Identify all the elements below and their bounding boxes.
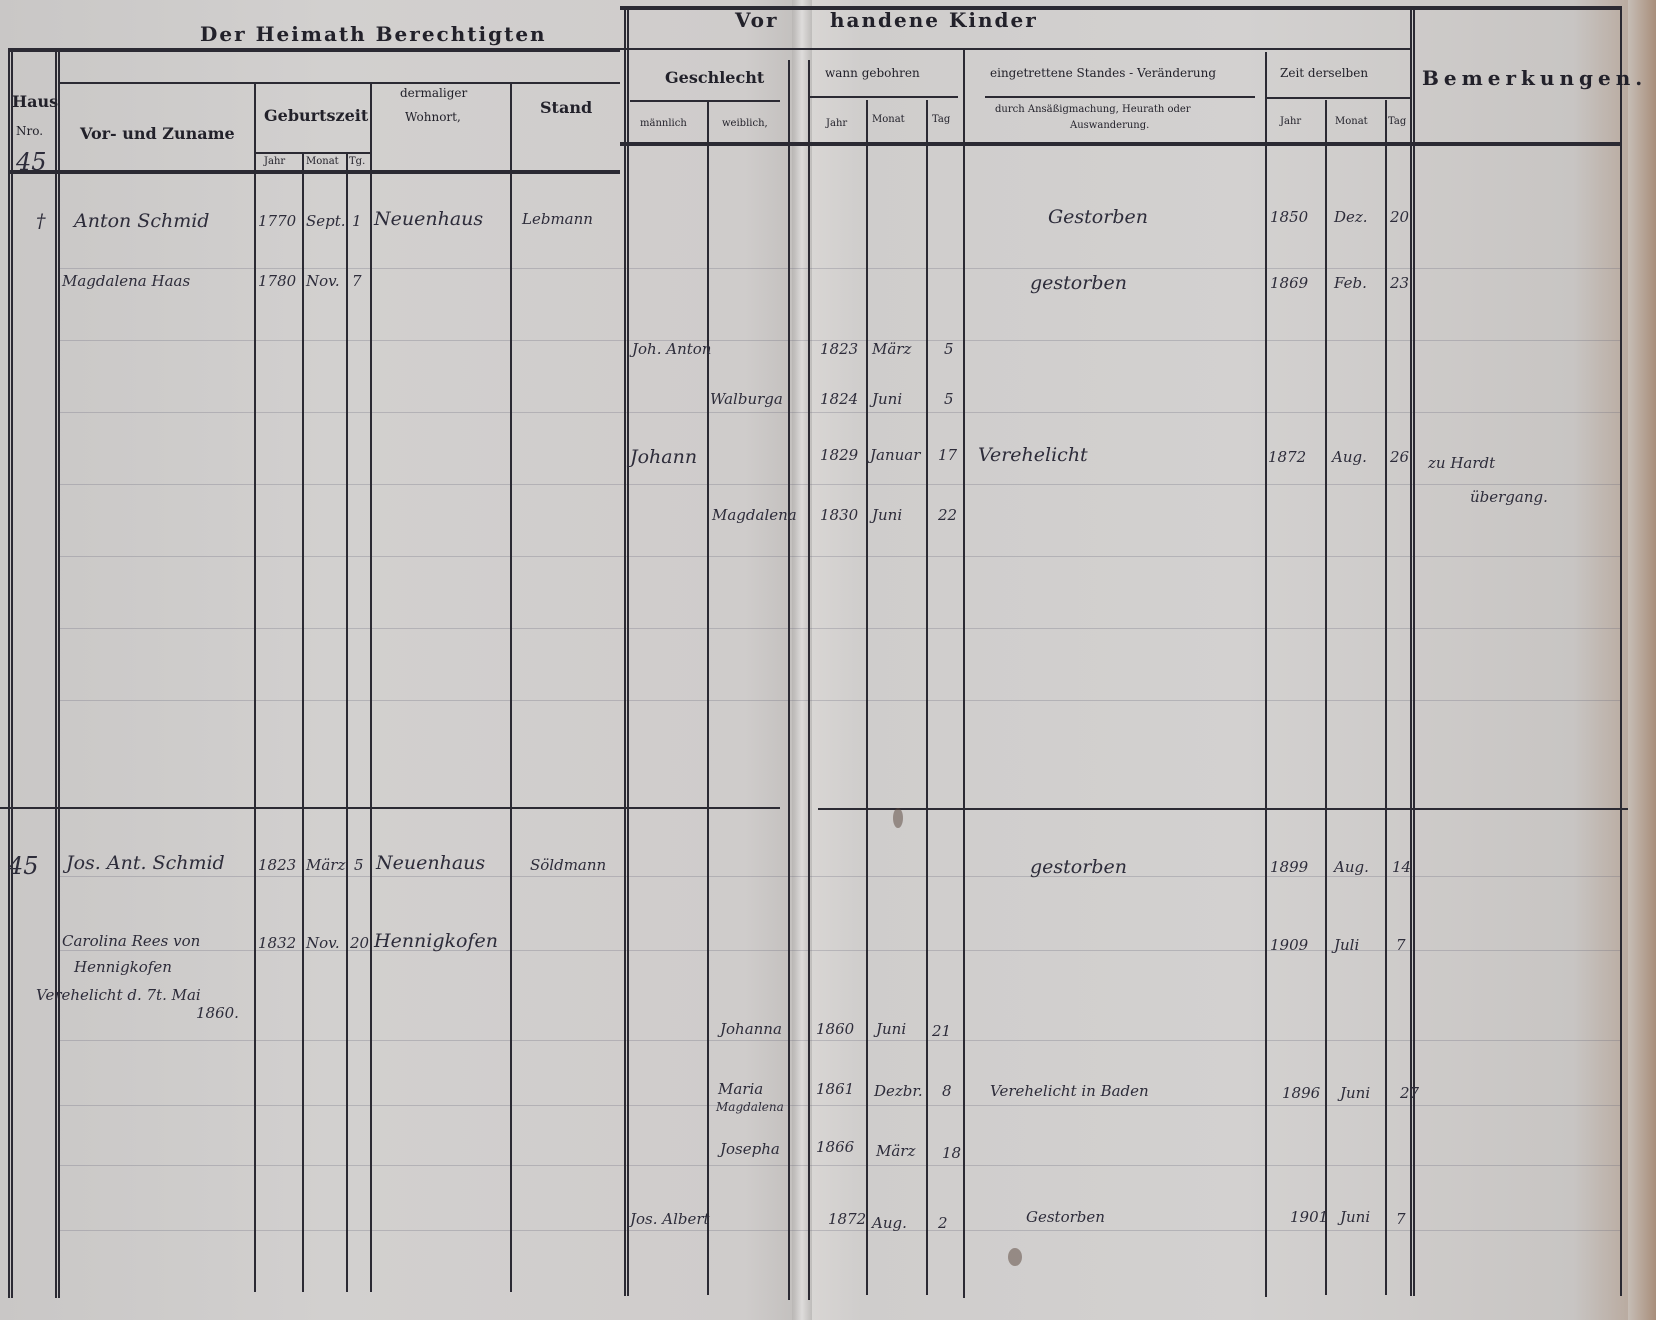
col-standes-sub-2: Auswanderung. (1070, 120, 1149, 131)
entry-change-year: 1850 (1270, 208, 1308, 226)
child-birth-year: 1824 (820, 390, 858, 408)
col-wg-monat: Monat (872, 114, 905, 125)
col-wg-tag: Tag (932, 114, 950, 125)
child-birth-year: 1866 (816, 1138, 854, 1156)
child-change: Gestorben (1026, 1208, 1105, 1226)
child-birth-year: 1823 (820, 340, 858, 358)
child-change-year: 1872 (1268, 448, 1306, 466)
child-change-day: 26 (1390, 448, 1409, 466)
entry-residence: Neuenhaus (376, 852, 485, 874)
entry-birth-day: 5 (354, 856, 364, 874)
entry-change-year: 1899 (1270, 858, 1308, 876)
child-remark-line-1: zu Hardt (1428, 454, 1495, 472)
page-edge (1628, 0, 1656, 1320)
entry-name-line-2: Hennigkofen (74, 958, 172, 976)
child-birth-month: Januar (870, 446, 920, 464)
col-geschlecht: Geschlecht (665, 68, 764, 87)
entry-change-month: Aug. (1334, 858, 1369, 876)
entry-change-year: 1869 (1270, 274, 1308, 292)
child-change-year: 1901 (1290, 1208, 1328, 1226)
entry-residence: Neuenhaus (374, 208, 483, 230)
child-female-name: Maria (718, 1080, 763, 1098)
child-remark-line-2: übergang. (1470, 488, 1548, 506)
nro-label: Nro. (16, 124, 43, 138)
child-change-day: 7 (1396, 1210, 1406, 1228)
entry-residence: Hennigkofen (374, 930, 498, 952)
entry-birth-year: 1780 (258, 272, 296, 290)
entry-birth-month: Nov. (306, 934, 340, 952)
entry-name: Magdalena Haas (62, 272, 190, 290)
child-birth-month: Juni (876, 1020, 906, 1038)
entry-birth-year: 1770 (258, 212, 296, 230)
left-page-title: Der Heimath Berechtigten (200, 22, 547, 46)
register-book-spread: Der Heimath Berechtigten Vor handene Kin… (0, 0, 1656, 1320)
spread-title-left: Vor (735, 8, 779, 32)
child-birth-month: Dezbr. (874, 1082, 923, 1100)
house-number: 45 (8, 852, 39, 880)
child-birth-month: Juni (872, 506, 902, 524)
entry-birth-month: Sept. (306, 212, 346, 230)
entry-change: gestorben (1030, 272, 1127, 294)
col-zd-jahr: Jahr (1280, 116, 1301, 127)
child-birth-year: 1861 (816, 1080, 854, 1098)
col-geb-tag: Tg. (349, 156, 365, 167)
col-zeit-derselben: Zeit derselben (1280, 66, 1368, 80)
entry-change-month: Feb. (1334, 274, 1367, 292)
child-birth-day: 17 (938, 446, 957, 464)
child-birth-day: 21 (932, 1022, 951, 1040)
entry-change-day: 14 (1392, 858, 1411, 876)
col-zd-tag: Tag (1388, 116, 1406, 127)
entry-change: Gestorben (1048, 206, 1148, 228)
entry-name: Anton Schmid (74, 210, 209, 232)
child-birth-month: Aug. (872, 1214, 907, 1232)
col-wann-gebohren: wann gebohren (825, 66, 920, 80)
deceased-marker: † (36, 210, 46, 232)
entry-birth-day: 7 (352, 272, 362, 290)
child-birth-year: 1872 (828, 1210, 866, 1228)
col-zd-monat: Monat (1335, 116, 1368, 127)
entry-note-line-2: 1860. (196, 1004, 239, 1022)
child-change-month: Juni (1340, 1208, 1370, 1226)
child-birth-day: 22 (938, 506, 957, 524)
col-stand: Stand (540, 98, 592, 117)
spread-title-right: handene Kinder (830, 8, 1038, 32)
entry-change-day: 23 (1390, 274, 1409, 292)
child-female-name-line-2: Magdalena (716, 1100, 784, 1114)
col-bemerkungen: Bemerkungen. (1422, 66, 1647, 90)
child-male-name: Johann (630, 446, 697, 468)
child-birth-day: 5 (944, 340, 954, 358)
entry-birth-day: 1 (352, 212, 362, 230)
child-female-name: Walburga (710, 390, 783, 408)
entry-name: Jos. Ant. Schmid (66, 852, 225, 874)
entry-change-year: 1909 (1270, 936, 1308, 954)
child-birth-day: 5 (944, 390, 954, 408)
haus-label: Haus (12, 92, 58, 111)
house-number: 45 (16, 148, 47, 176)
entry-birth-year: 1832 (258, 934, 296, 952)
col-wohnort: Wohnort, (405, 110, 461, 124)
entry-change: gestorben (1030, 856, 1127, 878)
child-birth-month: Juni (872, 390, 902, 408)
col-maennlich: männlich (640, 118, 687, 129)
entry-birth-day: 20 (350, 934, 369, 952)
child-birth-year: 1829 (820, 446, 858, 464)
child-male-name: Joh. Anton (632, 340, 711, 358)
child-birth-month: März (876, 1142, 915, 1160)
child-male-name: Jos. Albert (630, 1210, 710, 1228)
entry-name: Carolina Rees von (62, 932, 200, 950)
child-change-month: Juni (1340, 1084, 1370, 1102)
child-birth-day: 2 (938, 1214, 948, 1232)
child-female-name: Josepha (720, 1140, 780, 1158)
col-standes-sub-1: durch Ansäßigmachung, Heurath oder (995, 104, 1191, 115)
col-weiblich: weiblich, (722, 118, 768, 129)
child-change-year: 1896 (1282, 1084, 1320, 1102)
col-geb-monat: Monat (306, 156, 339, 167)
child-birth-month: März (872, 340, 911, 358)
col-dermaliger: dermaliger (400, 86, 467, 100)
child-change-month: Aug. (1332, 448, 1367, 466)
entry-change-month: Dez. (1334, 208, 1368, 226)
child-female-name: Johanna (720, 1020, 782, 1038)
child-birth-year: 1860 (816, 1020, 854, 1038)
col-geb-jahr: Jahr (264, 156, 285, 167)
col-geburtszeit: Geburtszeit (264, 106, 368, 125)
child-change: Verehelicht in Baden (990, 1082, 1149, 1100)
entry-stand: Lebmann (522, 210, 593, 228)
col-wg-jahr: Jahr (826, 118, 847, 129)
child-birth-day: 8 (942, 1082, 952, 1100)
child-female-name: Magdalena (712, 506, 797, 524)
entry-change-month: Juli (1334, 936, 1359, 954)
entry-change-day: 7 (1396, 936, 1406, 954)
entry-birth-month: März (306, 856, 345, 874)
child-birth-year: 1830 (820, 506, 858, 524)
child-change-day: 27 (1400, 1084, 1419, 1102)
entry-birth-year: 1823 (258, 856, 296, 874)
ink-blot (893, 808, 903, 828)
col-vor-und-zuname: Vor- und Zuname (80, 124, 235, 143)
entry-change-day: 20 (1390, 208, 1409, 226)
entry-note-line-1: Verehelicht d. 7t. Mai (36, 986, 201, 1004)
child-birth-day: 18 (942, 1144, 961, 1162)
ink-blot (1008, 1248, 1022, 1266)
entry-birth-month: Nov. (306, 272, 340, 290)
entry-stand: Söldmann (530, 856, 606, 874)
child-change: Verehelicht (978, 444, 1088, 466)
col-standes-veraenderung: eingetrettene Standes - Veränderung (990, 66, 1216, 80)
